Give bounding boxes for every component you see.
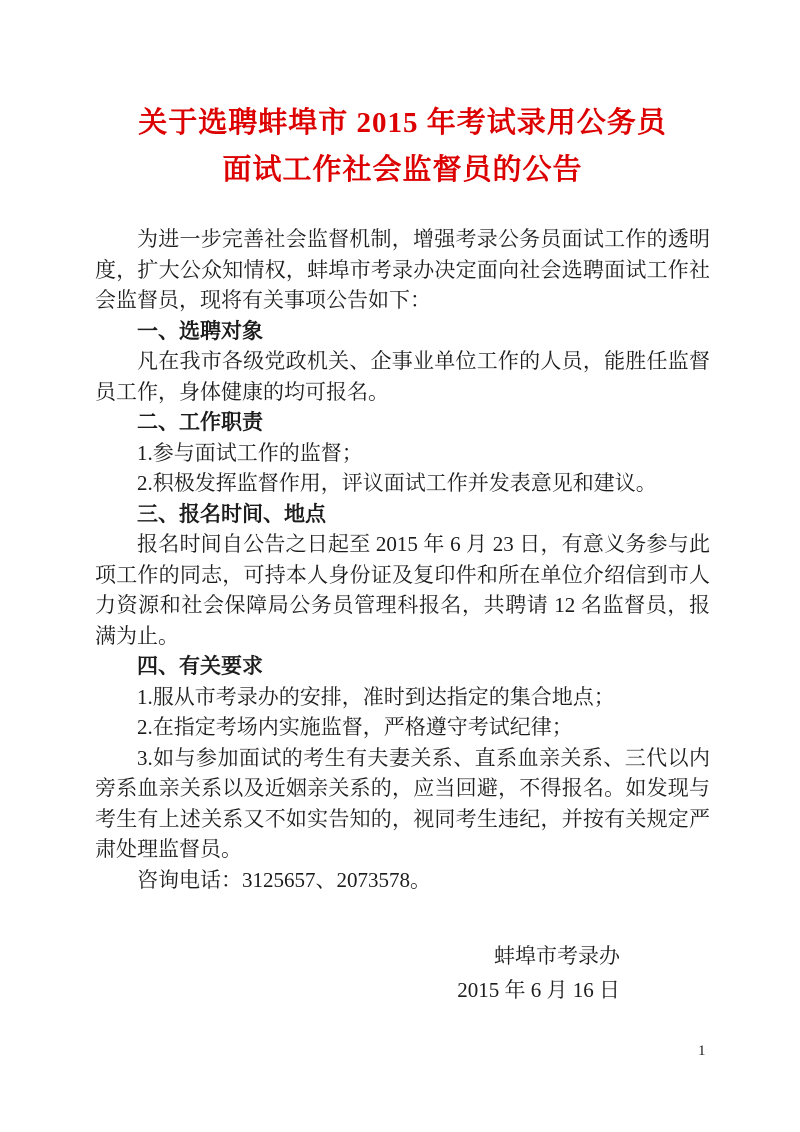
signature-block: 蚌埠市考录办 2015 年 6 月 16 日 — [95, 939, 710, 1007]
section-4-item-1: 1.服从市考录办的安排，准时到达指定的集合地点； — [95, 682, 710, 713]
contact-phone-line: 咨询电话：3125657、2073578。 — [95, 865, 710, 896]
section-3-paragraph-1: 报名时间自公告之日起至 2015 年 6 月 23 日，有意义务参与此项工作的同… — [95, 529, 710, 651]
document-title: 关于选聘蚌埠市 2015 年考试录用公务员 面试工作社会监督员的公告 — [95, 0, 710, 194]
section-2-item-1: 1.参与面试工作的监督； — [95, 438, 710, 469]
section-2-item-2: 2.积极发挥监督作用，评议面试工作并发表意见和建议。 — [95, 468, 710, 499]
title-line-2: 面试工作社会监督员的公告 — [95, 147, 710, 194]
section-1-paragraph-1: 凡在我市各级党政机关、企事业单位工作的人员，能胜任监督员工作，身体健康的均可报名… — [95, 346, 710, 407]
section-4-item-3: 3.如与参加面试的考生有夫妻关系、直系血亲关系、三代以内旁系血亲关系以及近姻亲关… — [95, 743, 710, 865]
section-4-heading: 四、有关要求 — [95, 651, 710, 682]
section-4-item-2: 2.在指定考场内实施监督，严格遵守考试纪律； — [95, 712, 710, 743]
document-page: 关于选聘蚌埠市 2015 年考试录用公务员 面试工作社会监督员的公告 为进一步完… — [0, 0, 800, 1132]
signature-org: 蚌埠市考录办 — [95, 939, 620, 973]
page-number: 1 — [698, 1042, 706, 1060]
section-3-heading: 三、报名时间、地点 — [95, 499, 710, 530]
signature-date: 2015 年 6 月 16 日 — [95, 973, 620, 1007]
document-content: 关于选聘蚌埠市 2015 年考试录用公务员 面试工作社会监督员的公告 为进一步完… — [0, 0, 800, 1007]
section-1-heading: 一、选聘对象 — [95, 316, 710, 347]
section-2-heading: 二、工作职责 — [95, 407, 710, 438]
title-line-1: 关于选聘蚌埠市 2015 年考试录用公务员 — [95, 100, 710, 147]
document-body: 为进一步完善社会监督机制，增强考录公务员面试工作的透明度，扩大公众知情权，蚌埠市… — [95, 224, 710, 895]
intro-paragraph: 为进一步完善社会监督机制，增强考录公务员面试工作的透明度，扩大公众知情权，蚌埠市… — [95, 224, 710, 316]
